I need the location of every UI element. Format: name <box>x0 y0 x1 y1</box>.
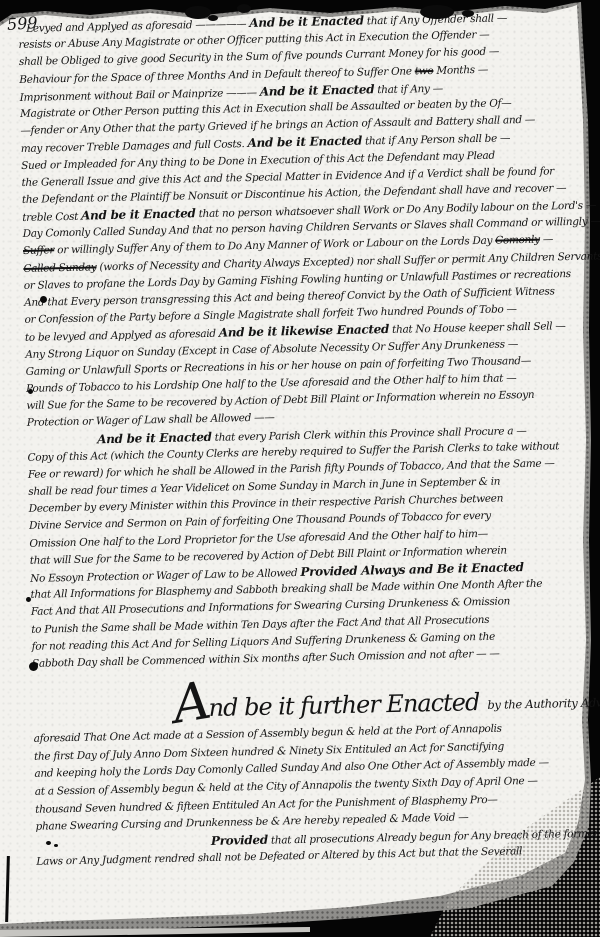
handwritten-text: And be it likewise Enacted <box>219 322 390 340</box>
ink-blot <box>40 296 47 303</box>
ink-blot <box>237 4 251 13</box>
handwritten-text: And be it Enacted <box>81 206 196 222</box>
ink-blot <box>420 5 454 19</box>
ink-blot <box>29 662 38 671</box>
act-body-text: Levyed and Applyed as aforesaid ————— An… <box>18 8 598 673</box>
flourished-initial: A <box>170 681 212 726</box>
handwritten-text: And be it Enacted <box>260 82 375 98</box>
ink-blot <box>54 844 58 847</box>
ink-blot <box>208 15 218 21</box>
handwritten-text: — <box>540 234 554 246</box>
page-number: 599 <box>6 13 38 34</box>
handwritten-text: to be levyed and Applyed as aforesaid <box>25 328 219 344</box>
repeal-clause-text: aforesaid That One Act made at a Session… <box>34 719 600 872</box>
heading-tail-text: by the Authority Advice & Consent <box>487 689 600 717</box>
handwritten-text: Months — <box>433 63 488 76</box>
struck-text: Suffer <box>23 245 54 258</box>
struck-text: Called Sunday <box>23 261 96 275</box>
handwritten-text: that if Any Person shall be — <box>362 133 510 148</box>
handwritten-text: And be it Enacted <box>97 429 212 445</box>
heading-script-text: nd be it further Enacted <box>208 687 479 723</box>
ink-blot <box>462 10 474 17</box>
struck-text: two <box>415 65 434 77</box>
handwritten-text: Provided <box>211 832 268 847</box>
struck-text: Comonly <box>495 234 540 247</box>
enacting-clause-heading: And be it further Enactedby the Authorit… <box>172 665 599 724</box>
manuscript-text: Levyed and Applyed as aforesaid ————— An… <box>18 8 600 872</box>
handwritten-text: And be it Enacted <box>247 134 362 150</box>
handwritten-text: And be it Enacted <box>249 13 364 29</box>
ink-blot <box>46 841 51 845</box>
handwritten-text: that No House keeper shall Sell — <box>389 321 566 337</box>
manuscript-scan-page: 599 Levyed and Applyed as aforesaid ————… <box>0 0 600 937</box>
handwritten-text: treble Cost <box>22 211 81 224</box>
handwritten-text: that if Any — <box>374 82 443 95</box>
ink-blot <box>28 389 33 394</box>
ink-blot <box>26 597 31 602</box>
handwritten-text: Protection or Wager of Law shall be Allo… <box>27 412 275 429</box>
